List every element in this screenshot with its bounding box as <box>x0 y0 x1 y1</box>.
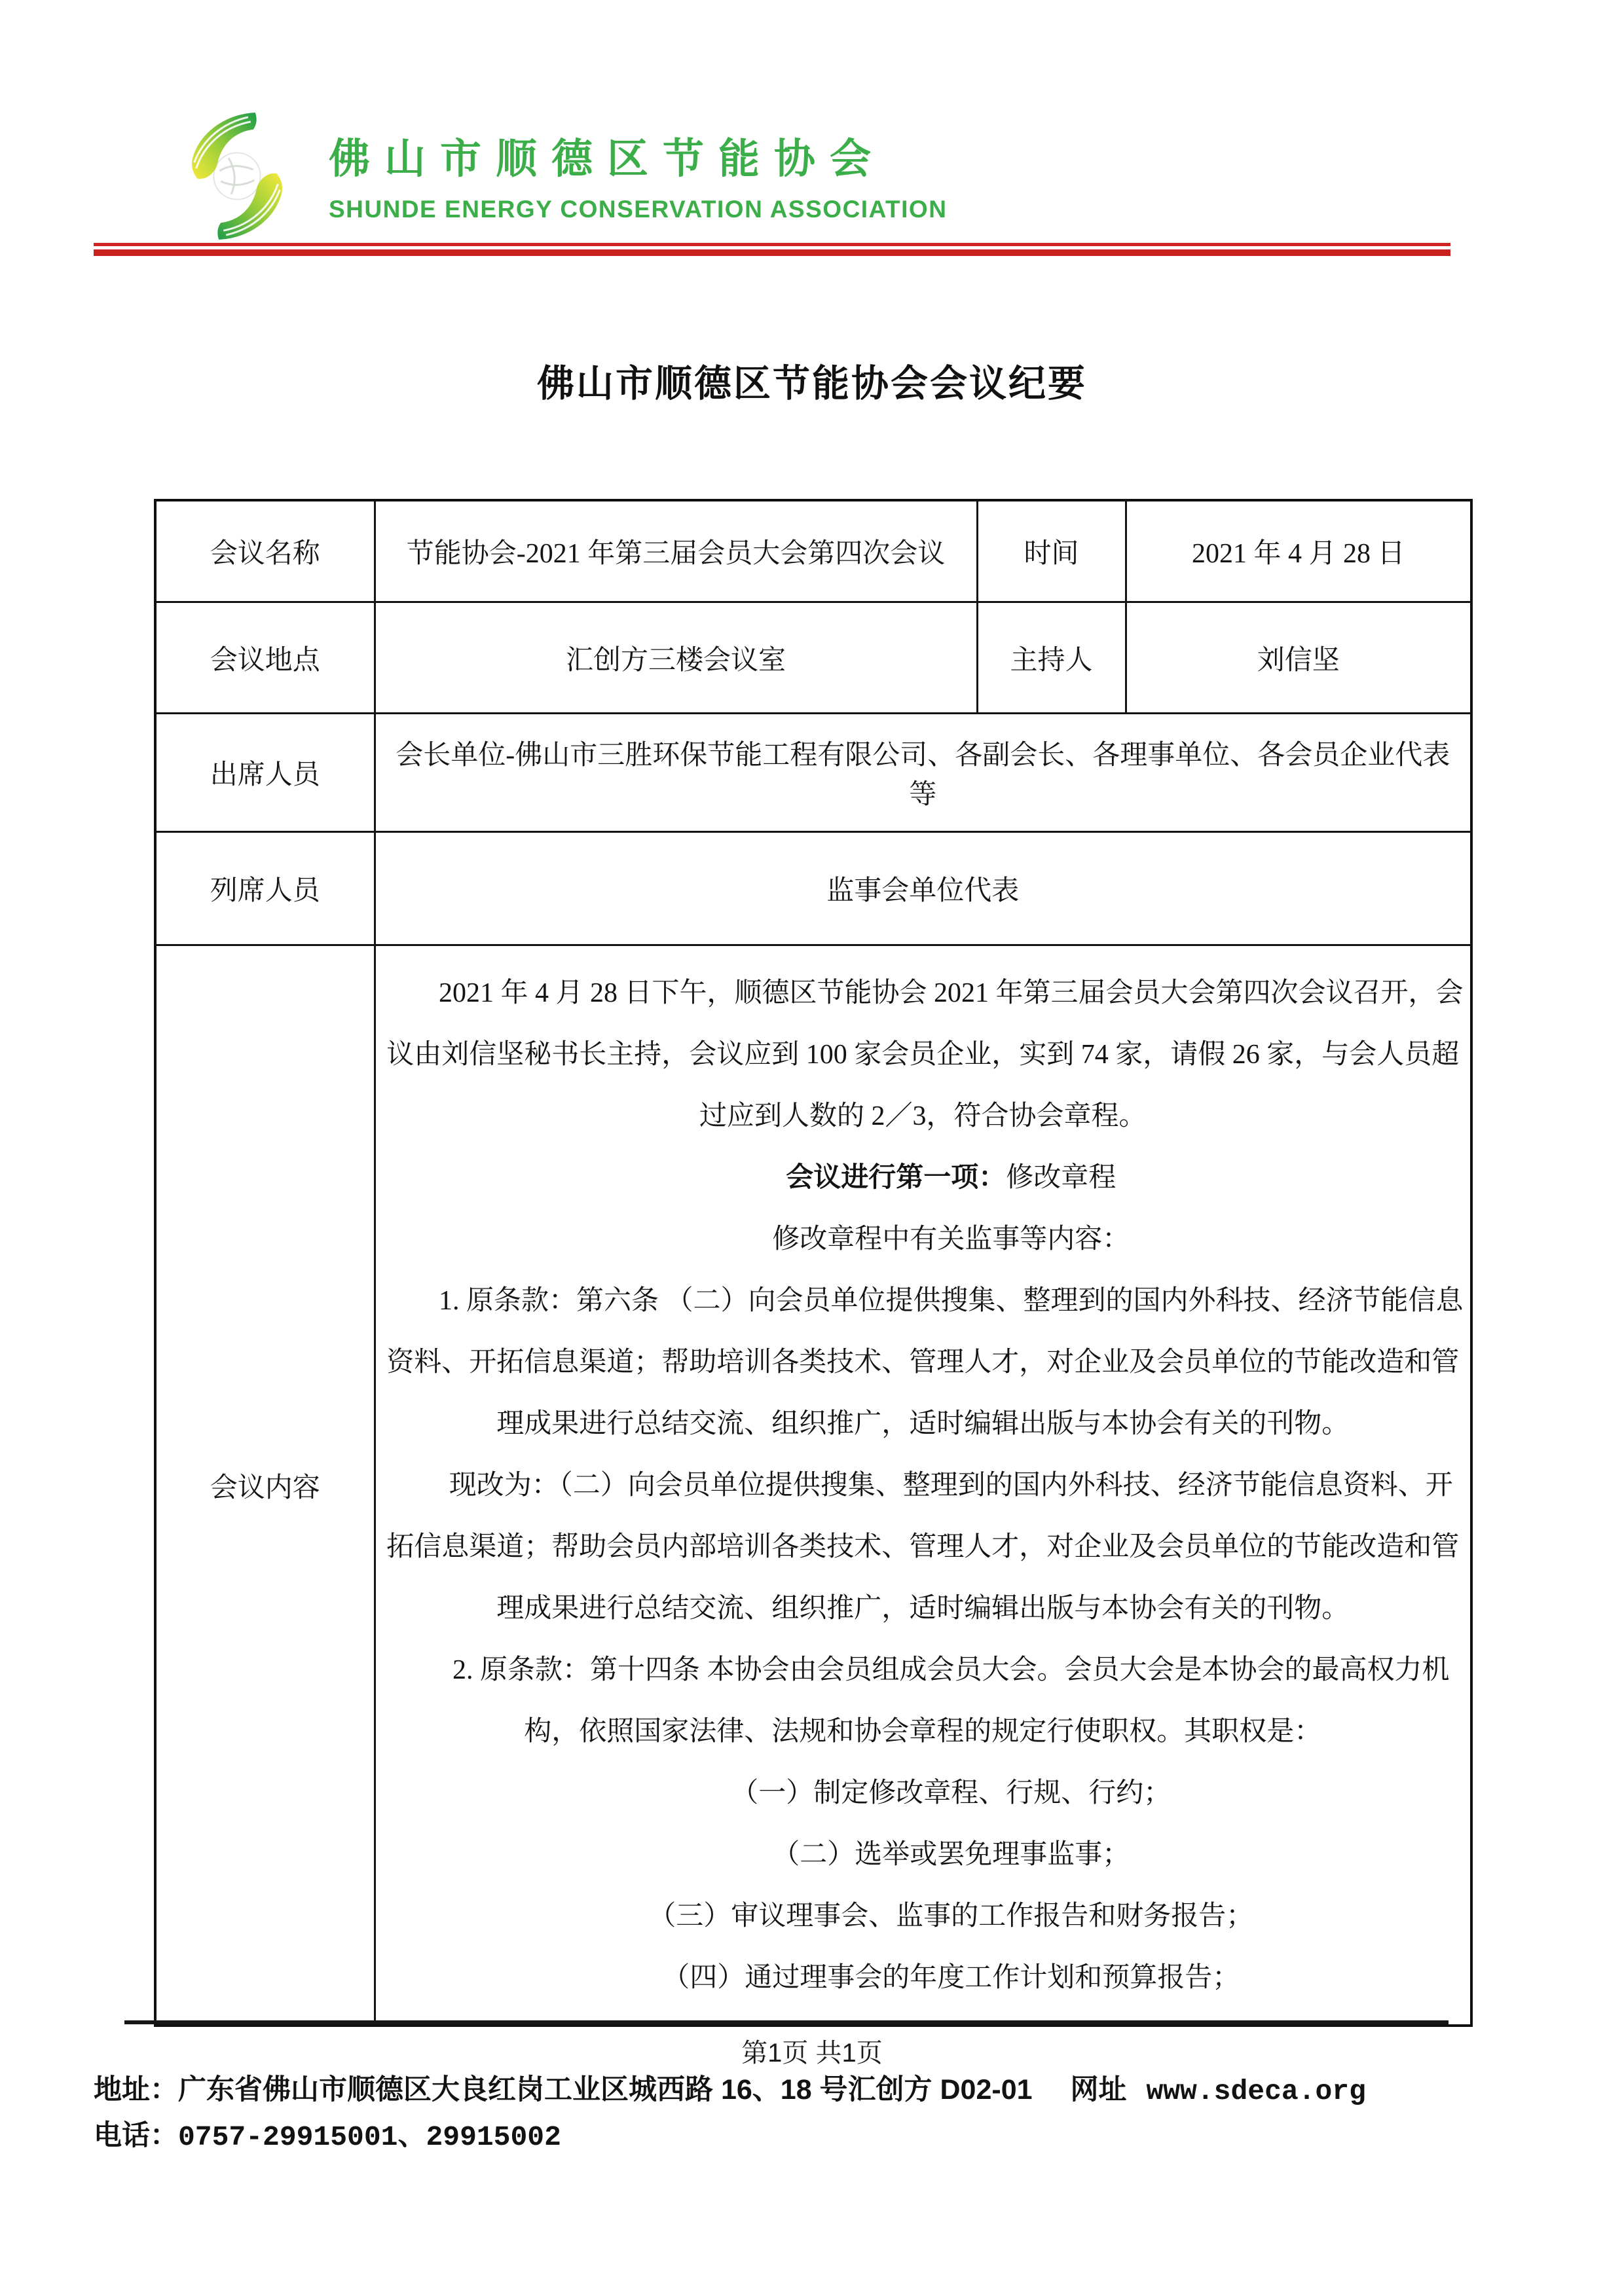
address-line: 地址：广东省佛山市顺德区大良红岗工业区城西路 16、18 号汇创方 D02-01… <box>94 2068 1534 2107</box>
content-paragraph: 2021 年 4 月 28 日下午，顺德区节能协会 2021 年第三届会员大会第… <box>382 962 1464 1147</box>
meeting-name-value: 节能协会-2021 年第三届会员大会第四次会议 <box>375 500 977 602</box>
association-logo-icon <box>185 111 289 241</box>
content-paragraph: 修改章程中有关监事等内容： <box>382 1209 1464 1270</box>
attendees-value: 会长单位-佛山市三胜环保节能工程有限公司、各副会长、各理事单位、各会员企业代表等 <box>375 714 1471 832</box>
content-paragraph: （二）选举或罢免理事监事； <box>382 1824 1464 1886</box>
time-value: 2021 年 4 月 28 日 <box>1126 500 1471 602</box>
header-double-rule <box>94 243 1450 256</box>
website-url: www.sdeca.org <box>1146 2075 1365 2107</box>
table-row: 会议地点 汇创方三楼会议室 主持人 刘信坚 <box>155 602 1471 714</box>
phone-numbers: 0757-29915001、29915002 <box>178 2121 561 2153</box>
meeting-place-value: 汇创方三楼会议室 <box>375 602 977 714</box>
observers-label: 列席人员 <box>155 832 375 945</box>
time-label: 时间 <box>977 500 1126 602</box>
table-row: 列席人员 监事会单位代表 <box>155 832 1471 945</box>
address-text: 地址：广东省佛山市顺德区大良红岗工业区城西路 16、18 号汇创方 D02-01 <box>94 2074 1033 2105</box>
content-paragraph: （一）制定修改章程、行规、行约； <box>382 1762 1464 1824</box>
org-name-english: SHUNDE ENERGY CONSERVATION ASSOCIATION <box>329 196 947 223</box>
footer-rule <box>124 2020 1449 2024</box>
meeting-content-cell: 2021 年 4 月 28 日下午，顺德区节能协会 2021 年第三届会员大会第… <box>375 945 1471 2026</box>
content-paragraph: 2. 原条款：第十四条 本协会由会员组成会员大会。会员大会是本协会的最高权力机构… <box>382 1639 1464 1762</box>
host-label: 主持人 <box>977 602 1126 714</box>
content-paragraph: 会议进行第一项：修改章程 <box>382 1147 1464 1209</box>
phone-label: 电话： <box>94 2120 178 2151</box>
website-label: 网址 <box>1070 2074 1126 2105</box>
table-row: 会议名称 节能协会-2021 年第三届会员大会第四次会议 时间 2021 年 4… <box>155 500 1471 602</box>
org-name-block: 佛山市顺德区节能协会 SHUNDE ENERGY CONSERVATION AS… <box>329 126 947 223</box>
meeting-place-label: 会议地点 <box>155 602 375 714</box>
observers-value: 监事会单位代表 <box>375 832 1471 945</box>
content-paragraph: （三）审议理事会、监事的工作报告和财务报告； <box>382 1886 1464 1947</box>
attendees-label: 出席人员 <box>155 714 375 832</box>
host-value: 刘信坚 <box>1126 602 1471 714</box>
document-title: 佛山市顺德区节能协会会议纪要 <box>0 354 1624 407</box>
content-label: 会议内容 <box>155 945 375 2026</box>
org-name-chinese: 佛山市顺德区节能协会 <box>329 126 947 185</box>
page-number: 第1页 共1页 <box>0 2032 1624 2069</box>
table-row: 会议内容 2021 年 4 月 28 日下午，顺德区节能协会 2021 年第三届… <box>155 945 1471 2026</box>
content-paragraph: 现改为：（二）向会员单位提供搜集、整理到的国内外科技、经济节能信息资料、开拓信息… <box>382 1455 1464 1639</box>
header-rule-thick <box>94 249 1450 256</box>
meeting-minutes-table: 会议名称 节能协会-2021 年第三届会员大会第四次会议 时间 2021 年 4… <box>154 499 1473 2027</box>
phone-line: 电话：0757-29915001、29915002 <box>94 2113 561 2153</box>
table-row: 出席人员 会长单位-佛山市三胜环保节能工程有限公司、各副会长、各理事单位、各会员… <box>155 714 1471 832</box>
content-paragraph: 1. 原条款：第六条 （二）向会员单位提供搜集、整理到的国内外科技、经济节能信息… <box>382 1270 1464 1455</box>
scanned-meeting-minutes-page: { "header": { "org_cn": "佛山市顺德区节能协会", "o… <box>0 0 1624 2296</box>
meeting-name-label: 会议名称 <box>155 500 375 602</box>
content-paragraph: （四）通过理事会的年度工作计划和预算报告； <box>382 1947 1464 2009</box>
